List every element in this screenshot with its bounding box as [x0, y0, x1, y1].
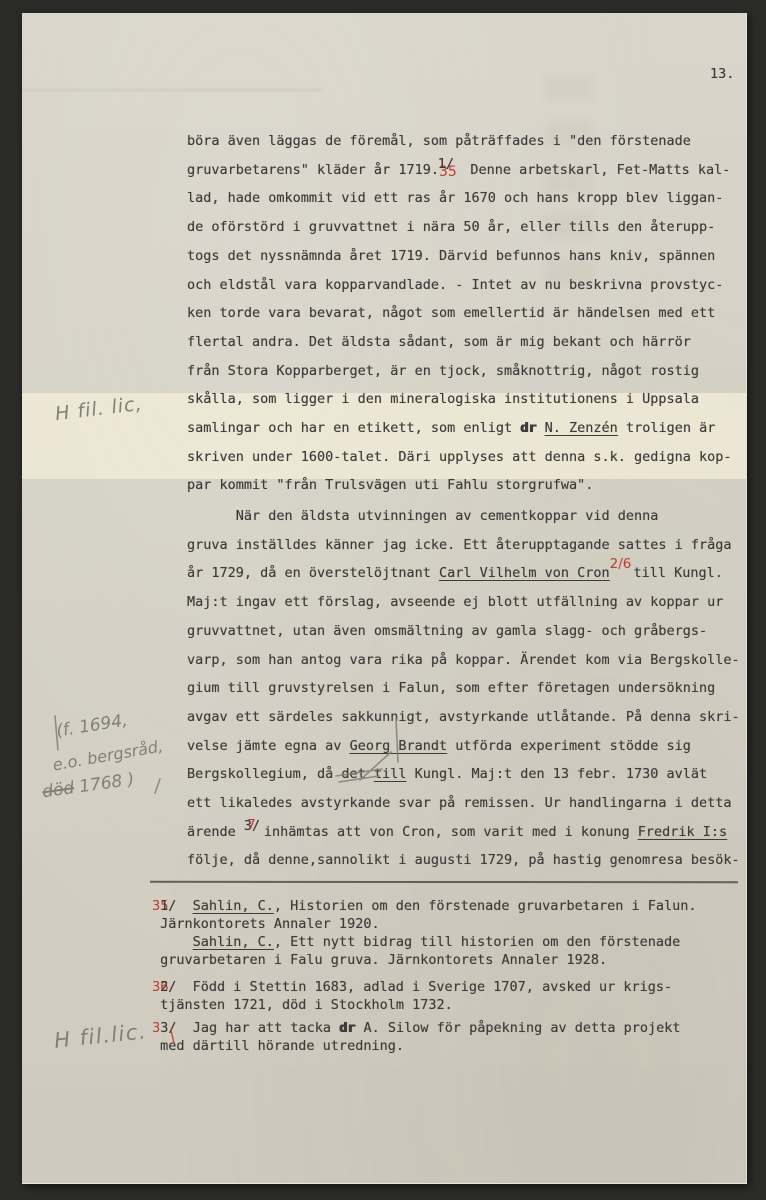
typed-text: avgav ett särdeles sakkunnigt, avstyrkan… [187, 709, 740, 725]
typed-text: gruva inställdes känner jag icke. Ett åt… [187, 537, 732, 553]
typed-line: När den äldsta utvinningen av cementkopp… [187, 508, 658, 524]
typed-line: par kommit "från Trulsvägen uti Fahlu st… [187, 477, 593, 493]
typed-text [537, 420, 545, 436]
typed-text: ett likaledes avstyrkande svar på remiss… [187, 795, 732, 811]
typed-line: 362/ Född i Stettin 1683, adlad i Sverig… [152, 979, 672, 995]
typed-line: och eldstål vara kopparvandlade. - Intet… [187, 277, 723, 293]
typed-line: år 1729, då en överstelöjtnant Carl Vilh… [187, 565, 723, 581]
typed-line: följe, då denne,sannolikt i augusti 1729… [187, 852, 740, 868]
typed-text: inhämtas att von Cron, som varit med i k… [256, 824, 638, 840]
underlined-text: till [374, 766, 407, 782]
typed-text: , Historien om den förstenade gruvarbeta… [274, 898, 697, 914]
typed-text: tjänsten 1721, död i Stockholm 1732. [152, 997, 453, 1013]
overtyped-text: dr [339, 1020, 355, 1036]
typed-line: togs det nyssnämnda året 1719. Därvid be… [187, 248, 715, 264]
red-annotation: 7 [247, 817, 256, 833]
typed-text: 2/ Född i Stettin 1683, adlad i Sverige … [160, 979, 672, 995]
typed-line: skålla, som ligger i den mineralogiska i… [187, 391, 699, 407]
typed-text: Maj:t ingav ett förslag, avseende ej blo… [187, 594, 723, 610]
underlined-text: Fredrik I:s [638, 824, 727, 840]
typed-text: par kommit "från Trulsvägen uti Fahlu st… [187, 477, 593, 493]
typed-text: böra även läggas de föremål, som påträff… [187, 133, 691, 149]
overtyped-text: dr [520, 420, 536, 436]
typed-line: ken torde vara bevarat, något som emelle… [187, 305, 715, 321]
typed-text: skålla, som ligger i den mineralogiska i… [187, 391, 699, 407]
typed-text: varp, som han antog vara rika på koppar.… [187, 652, 740, 668]
typed-text: A. Silow för påpekning av detta projekt [355, 1020, 680, 1036]
typed-text: gruvarbetaren i Falu gruva. Järnkontoret… [152, 952, 607, 968]
typed-text: gruvarbetarens" kläder år 1719. [187, 162, 439, 178]
typed-text: Järnkontorets Annaler 1920. [152, 916, 380, 932]
typed-line: velse jämte egna av Georg Brandt utförda… [187, 738, 691, 754]
paper-crease [22, 89, 322, 91]
typed-text: till Kungl. [625, 565, 723, 581]
typed-line: från Stora Kopparberget, är en tjock, sm… [187, 363, 699, 379]
typed-line: Sahlin, C., Ett nytt bidrag till histori… [152, 934, 680, 950]
underlined-text: N. Zenzén [545, 420, 618, 436]
typed-line: Maj:t ingav ett förslag, avseende ej blo… [187, 594, 723, 610]
typed-text: och eldstål vara kopparvandlade. - Intet… [187, 277, 723, 293]
underlined-text: Sahlin, C. [193, 934, 274, 950]
typed-line: 33/ Jag har att tacka dr A. Silow för på… [152, 1020, 680, 1036]
typed-text: När den äldsta utvinningen av cementkopp… [187, 508, 658, 524]
typed-line: gium till gruvstyrelsen i Falun, som eft… [187, 680, 715, 696]
underlined-text: Carl Vilhelm von Cron [439, 565, 610, 581]
typed-text: togs det nyssnämnda året 1719. Därvid be… [187, 248, 715, 264]
typed-line: tjänsten 1721, död i Stockholm 1732. [152, 997, 453, 1013]
typed-line: avgav ett särdeles sakkunnigt, avstyrkan… [187, 709, 740, 725]
typed-text: velse jämte egna av [187, 738, 350, 754]
typed-line: Bergskollegium, då det till Kungl. Maj:t… [187, 766, 707, 782]
typed-text: ken torde vara bevarat, något som emelle… [187, 305, 715, 321]
typed-text: , Ett nytt bidrag till historien om den … [274, 934, 680, 950]
typed-line: de oförstörd i gruvvattnet i nära 50 år,… [187, 219, 715, 235]
typed-text: de oförstörd i gruvvattnet i nära 50 år,… [187, 219, 715, 235]
typed-line: varp, som han antog vara rika på koppar.… [187, 652, 740, 668]
typed-line: lad, hade omkommit vid ett ras år 1670 o… [187, 190, 723, 206]
typed-line: med därtill hörande utredning. [152, 1038, 404, 1054]
typed-text: från Stora Kopparberget, är en tjock, sm… [187, 363, 699, 379]
typed-line: Järnkontorets Annaler 1920. [152, 916, 380, 932]
typed-text: år 1729, då en överstelöjtnant [187, 565, 439, 581]
underlined-text: Sahlin, C. [193, 898, 274, 914]
typed-line: böra även läggas de föremål, som påträff… [187, 133, 691, 149]
typed-line: gruva inställdes känner jag icke. Ett åt… [187, 537, 732, 553]
typed-line: gruvarbetarens" kläder år 1719.351/ Denn… [187, 162, 730, 178]
typed-line: gruvvattnet, utan även omsmältning av ga… [187, 623, 707, 639]
typed-text: Kungl. Maj:t den 13 febr. 1730 avlät [406, 766, 707, 782]
typed-text: gruvvattnet, utan även omsmältning av ga… [187, 623, 707, 639]
typed-line: 351/ Sahlin, C., Historien om den förste… [152, 898, 697, 914]
typed-text: Denne arbetskarl, Fet-Matts kal- [454, 162, 730, 178]
typed-text: lad, hade omkommit vid ett ras år 1670 o… [187, 190, 723, 206]
typed-line: ett likaledes avstyrkande svar på remiss… [187, 795, 732, 811]
typed-text: 3/ Jag har att tacka [160, 1020, 339, 1036]
underlined-text: Georg Brandt [350, 738, 448, 754]
typed-line: samlingar och har en etikett, som enligt… [187, 420, 715, 436]
typed-text [152, 934, 193, 950]
typed-line: flertal andra. Det äldsta sådant, som är… [187, 334, 691, 350]
scanned-page: 13. böra även läggas de föremål, som påt… [0, 0, 766, 1200]
typed-text: flertal andra. Det äldsta sådant, som är… [187, 334, 691, 350]
footnote-marker: 1/ [438, 156, 454, 172]
typed-text: Bergskollegium, då det [187, 766, 374, 782]
typed-text: troligen är [618, 420, 716, 436]
typed-text: utförda experiment stödde sig [447, 738, 691, 754]
typed-text: skriven under 1600-talet. Däri upplyses … [187, 449, 732, 465]
typed-line: ärende 3/7 inhämtas att von Cron, som va… [187, 824, 727, 840]
typed-text: gium till gruvstyrelsen i Falun, som eft… [187, 680, 715, 696]
typed-line: skriven under 1600-talet. Däri upplyses … [187, 449, 732, 465]
typed-line: gruvarbetaren i Falu gruva. Järnkontoret… [152, 952, 607, 968]
typed-text: följe, då denne,sannolikt i augusti 1729… [187, 852, 740, 868]
typed-text: ärende [187, 824, 244, 840]
typed-text: 1/ [160, 898, 193, 914]
page-number: 13. [710, 66, 734, 82]
typed-text: samlingar och har en etikett, som enligt [187, 420, 520, 436]
typed-text: med därtill hörande utredning. [152, 1038, 404, 1054]
